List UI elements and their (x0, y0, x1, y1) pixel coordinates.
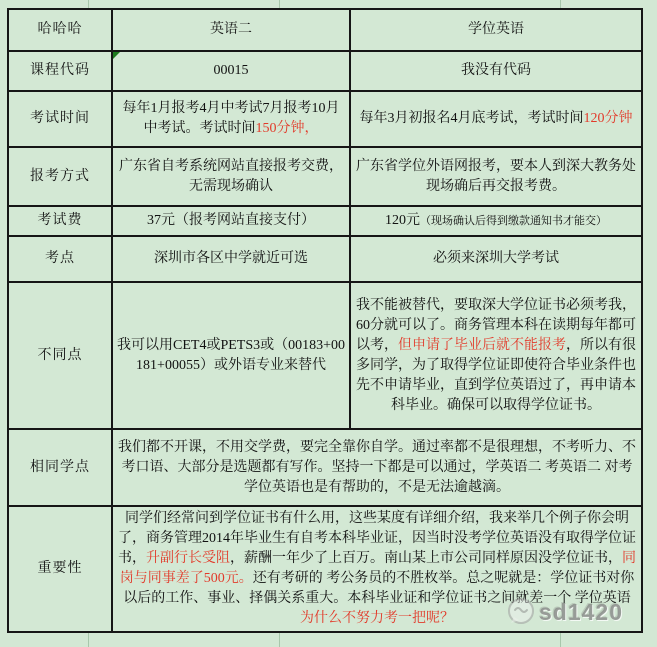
table-row: 哈哈哈英语二学位英语 (8, 9, 642, 51)
gridline (279, 0, 280, 8)
table-cell: 我们都不开课，不用交学费，要完全靠你自学。通过率都不是很理想，不考听力、不考口语… (112, 429, 642, 506)
cell-text: 120元 (385, 213, 420, 228)
table-cell: 英语二 (112, 9, 350, 51)
cell-text: 广东省自考系统网站直接报考交费，无需现场确认 (119, 159, 343, 194)
table-row: 课程代码00015我没有代码 (8, 51, 642, 91)
cell-text: 37元（报考网站直接支付） (147, 213, 315, 228)
table-cell: 广东省学位外语网报考，要本人到深大教务处现场确后再交报考费。 (350, 147, 642, 206)
highlighted-text: 为什么不努力考一把呢？ (300, 611, 454, 626)
row-label: 哈哈哈 (8, 9, 112, 51)
comparison-table-body: 哈哈哈英语二学位英语课程代码00015我没有代码考试时间每年1月报考4月中考试7… (8, 9, 642, 632)
table-row: 报考方式广东省自考系统网站直接报考交费，无需现场确认广东省学位外语网报考，要本人… (8, 147, 642, 206)
cell-corner-marker-icon (113, 52, 120, 59)
row-label: 报考方式 (8, 147, 112, 206)
table-row: 考点深圳市各区中学就近可选必须来深圳大学考试 (8, 236, 642, 282)
cell-text: （现场确认后得到缴款通知书才能交） (420, 215, 607, 227)
table-row: 考试费37元（报考网站直接支付）120元（现场确认后得到缴款通知书才能交） (8, 206, 642, 236)
table-cell: 120元（现场确认后得到缴款通知书才能交） (350, 206, 642, 236)
table-cell: 同学们经常问到学位证书有什么用，这些某度有详细介绍，我来举几个例子你会明了，商务… (112, 506, 642, 632)
table-row: 不同点我可以用CET4或PETS3或（00183+00181+00055）或外语… (8, 282, 642, 429)
highlighted-text: 升副行长受阻 (146, 551, 230, 566)
table-cell: 我不能被替代，要取深大学位证书必须考我，60分就可以了。商务管理本科在读期每年都… (350, 282, 642, 429)
table-cell: 学位英语 (350, 9, 642, 51)
highlighted-text: 150分钟， (256, 121, 319, 136)
table-cell: 我可以用CET4或PETS3或（00183+00181+00055）或外语专业来… (112, 282, 350, 429)
table-cell: 广东省自考系统网站直接报考交费，无需现场确认 (112, 147, 350, 206)
table-cell: 00015 (112, 51, 350, 91)
table-cell: 必须来深圳大学考试 (350, 236, 642, 282)
cell-text: 我没有代码 (461, 63, 531, 78)
row-label: 考试时间 (8, 91, 112, 147)
table-cell: 深圳市各区中学就近可选 (112, 236, 350, 282)
row-label: 相同学点 (8, 429, 112, 506)
cell-text: ，薪酬一年少了上百万。南山某上市公司同样原因没学位证书， (230, 551, 622, 566)
row-label: 考点 (8, 236, 112, 282)
cell-text: 我们都不开课，不用交学费，要完全靠你自学。通过率都不是很理想，不考听力、不考口语… (118, 440, 636, 495)
cell-text: 00015 (214, 63, 249, 78)
row-label: 课程代码 (8, 51, 112, 91)
table-cell: 37元（报考网站直接支付） (112, 206, 350, 236)
cell-text: 广东省学位外语网报考，要本人到深大教务处现场确后再交报考费。 (356, 159, 636, 194)
cell-text: 必须来深圳大学考试 (433, 251, 559, 266)
row-label: 不同点 (8, 282, 112, 429)
highlighted-text: 但申请了毕业后就不能报考 (398, 338, 566, 353)
highlighted-text: 120分钟 (584, 111, 633, 126)
row-label: 重要性 (8, 506, 112, 632)
gridline (560, 0, 561, 8)
row-label: 考试费 (8, 206, 112, 236)
cell-text: 英语二 (210, 22, 252, 37)
table-cell: 每年1月报考4月中考试7月报考10月中考试。考试时间150分钟， (112, 91, 350, 147)
table-cell: 我没有代码 (350, 51, 642, 91)
comparison-table: 哈哈哈英语二学位英语课程代码00015我没有代码考试时间每年1月报考4月中考试7… (7, 8, 643, 633)
table-row: 相同学点我们都不开课，不用交学费，要完全靠你自学。通过率都不是很理想，不考听力、… (8, 429, 642, 506)
table-row: 考试时间每年1月报考4月中考试7月报考10月中考试。考试时间150分钟，每年3月… (8, 91, 642, 147)
cell-text: 深圳市各区中学就近可选 (154, 251, 308, 266)
cell-text: 学位英语 (468, 22, 524, 37)
cell-text: 我可以用CET4或PETS3或（00183+00181+00055）或外语专业来… (117, 338, 345, 373)
cell-text: 每年3月初报名4月底考试，考试时间 (360, 111, 584, 126)
gridline (88, 0, 89, 8)
table-row: 重要性同学们经常问到学位证书有什么用，这些某度有详细介绍，我来举几个例子你会明了… (8, 506, 642, 632)
table-cell: 每年3月初报名4月底考试，考试时间120分钟 (350, 91, 642, 147)
